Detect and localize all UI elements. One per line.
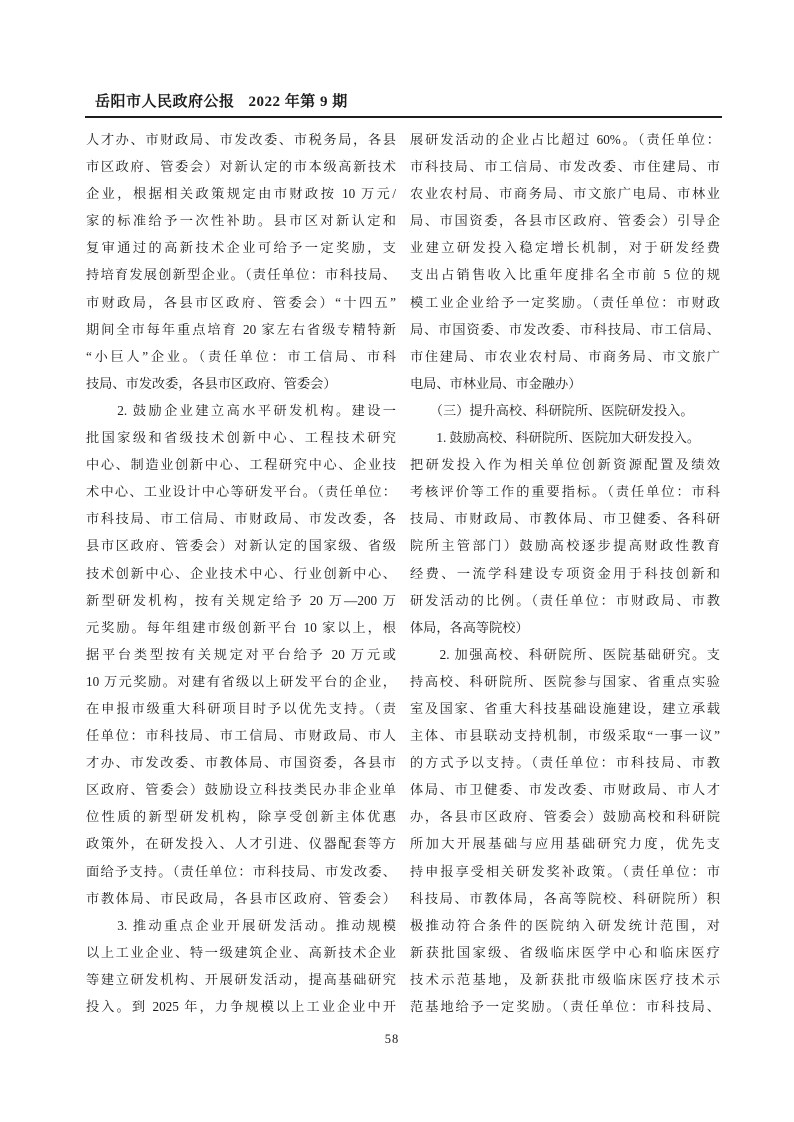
text-line: （三）提升高校、科研院所、医院研发投入。 <box>410 397 720 424</box>
text-line: 经费、一流学科建设专项资金用于科技创新和 <box>410 560 720 587</box>
text-line: 县市区政府、管委会）对新认定的国家级、省级 <box>86 532 396 559</box>
page-footer: 58 <box>0 1030 784 1048</box>
text-line: 农业农村局、市商务局、市文旅广电局、市林业 <box>410 180 720 207</box>
text-line: 3. 推动重点企业开展研发活动。推动规模 <box>86 912 396 939</box>
text-line: 在申报市级重大科研项目时予以优先支持。（责 <box>86 695 396 722</box>
text-line: 把研发投入作为相关单位创新资源配置及绩效 <box>410 451 720 478</box>
text-line: 考核评价等工作的重要指标。（责任单位：市科 <box>410 478 720 505</box>
text-line: 市财政局，各县市区政府、管委会）“十四五” <box>86 289 396 316</box>
text-line: 的方式予以支持。（责任单位：市科技局、市教 <box>410 749 720 776</box>
text-line: 极推动符合条件的医院纳入研发统计范围，对 <box>410 912 720 939</box>
text-line: 新型研发机构，按有关规定给予 20 万—200 万 <box>86 587 396 614</box>
gazette-title: 岳阳市人民政府公报 <box>95 94 235 110</box>
text-line: 局、市国资委，各县市区政府、管委会）引导企 <box>410 207 720 234</box>
text-line: 市科技局、市工信局、市发改委、市住建局、市 <box>410 153 720 180</box>
text-line: 技术创新中心、企业技术中心、行业创新中心、 <box>86 560 396 587</box>
text-line: 批国家级和省级技术创新中心、工程技术研究 <box>86 424 396 451</box>
text-line: 体局、市卫健委、市发改委、市财政局、市人才 <box>410 776 720 803</box>
text-line: 2. 鼓励企业建立高水平研发机构。建设一 <box>86 397 396 424</box>
text-line: 所加大开展基础与应用基础研究力度，优先支 <box>410 830 720 857</box>
text-line: 任单位：市科技局、市工信局、市财政局、市人 <box>86 722 396 749</box>
text-line: 市住建局、市农业农村局、市商务局、市文旅广 <box>410 343 720 370</box>
right-column: 展研发活动的企业占比超过 60%。（责任单位：市科技局、市工信局、市发改委、市住… <box>410 126 720 1020</box>
text-line: 据平台类型按有关规定对平台给予 20 万元或 <box>86 641 396 668</box>
text-line: 持高校、科研院所、医院参与国家、省重点实验 <box>410 668 720 695</box>
gazette-header-text: 岳阳市人民政府公报2022 年第 9 期 <box>85 90 722 111</box>
text-line: 展研发活动的企业占比超过 60%。（责任单位： <box>410 126 720 153</box>
text-line: 技术示范基地，及新获批市级临床医疗技术示 <box>410 966 720 993</box>
text-line: 中心、制造业创新中心、工程研究中心、企业技 <box>86 451 396 478</box>
header-rule <box>85 116 722 118</box>
text-line: 市科技局、市工信局、市财政局、市发改委，各 <box>86 505 396 532</box>
text-line: 面给予支持。（责任单位：市科技局、市发改委、 <box>86 858 396 885</box>
text-line: 复审通过的高新技术企业可给予一定奖励，支 <box>86 234 396 261</box>
gazette-issue: 2022 年第 9 期 <box>249 94 348 110</box>
text-line: 技局、市发改委，各县市区政府、管委会） <box>86 370 396 397</box>
page-number: 58 <box>385 1032 400 1046</box>
document-body: 人才办、市财政局、市发改委、市税务局，各县市区政府、管委会）对新认定的市本级高新… <box>86 126 720 1020</box>
text-line: 办，各县市区政府、管委会）鼓励高校和科研院 <box>410 803 720 830</box>
text-line: 市区政府、管委会）对新认定的市本级高新技术 <box>86 153 396 180</box>
text-line: 主体、市县联动支持机制，市级采取“一事一议” <box>410 722 720 749</box>
page-header: 岳阳市人民政府公报2022 年第 9 期 <box>85 90 722 118</box>
text-line: 范基地给予一定奖励。（责任单位：市科技局、 <box>410 993 720 1020</box>
text-line: 元奖励。每年组建市级创新平台 10 家以上，根 <box>86 614 396 641</box>
text-line: 投入。到 2025 年，力争规模以上工业企业中开 <box>86 993 396 1020</box>
text-line: 研发活动的比例。（责任单位：市财政局、市教 <box>410 587 720 614</box>
text-line: 期间全市每年重点培育 20 家左右省级专精特新 <box>86 316 396 343</box>
text-line: 支出占销售收入比重年度排名全市前 5 位的规 <box>410 261 720 288</box>
text-line: 技局、市财政局、市教体局、市卫健委、各科研 <box>410 505 720 532</box>
text-line: 电局、市林业局、市金融办） <box>410 370 720 397</box>
text-line: 企业，根据相关政策规定由市财政按 10 万元/ <box>86 180 396 207</box>
text-line: 新获批国家级、省级临床医学中心和临床医疗 <box>410 939 720 966</box>
text-line: 2. 加强高校、科研院所、医院基础研究。支 <box>410 641 720 668</box>
text-line: 模工业企业给予一定奖励。（责任单位：市财政 <box>410 289 720 316</box>
left-column: 人才办、市财政局、市发改委、市税务局，各县市区政府、管委会）对新认定的市本级高新… <box>86 126 396 1020</box>
text-line: 业建立研发投入稳定增长机制，对于研发经费 <box>410 234 720 261</box>
text-line: 10 万元奖励。对建有省级以上研发平台的企业， <box>86 668 396 695</box>
text-line: 才办、市发改委、市教体局、市国资委，各县市 <box>86 749 396 776</box>
text-line: 位性质的新型研发机构，除享受创新主体优惠 <box>86 803 396 830</box>
text-line: “小巨人”企业。（责任单位：市工信局、市科 <box>86 343 396 370</box>
text-line: 区政府、管委会）鼓励设立科技类民办非企业单 <box>86 776 396 803</box>
document-page: 岳阳市人民政府公报2022 年第 9 期 人才办、市财政局、市发改委、市税务局，… <box>0 0 794 1122</box>
text-line: 政策外，在研发投入、人才引进、仪器配套等方 <box>86 830 396 857</box>
text-line: 术中心、工业设计中心等研发平台。（责任单位： <box>86 478 396 505</box>
text-line: 1. 鼓励高校、科研院所、医院加大研发投入。 <box>410 424 720 451</box>
text-line: 室及国家、省重大科技基础设施建设，建立承载 <box>410 695 720 722</box>
text-line: 持培育发展创新型企业。（责任单位：市科技局、 <box>86 261 396 288</box>
text-line: 体局，各高等院校） <box>410 614 720 641</box>
text-line: 市教体局、市民政局，各县市区政府、管委会） <box>86 885 396 912</box>
text-line: 局、市国资委、市发改委、市科技局、市工信局、 <box>410 316 720 343</box>
text-line: 以上工业企业、特一级建筑企业、高新技术企业 <box>86 939 396 966</box>
text-line: 科技局、市教体局，各高等院校、科研院所）积 <box>410 885 720 912</box>
text-line: 院所主管部门）鼓励高校逐步提高财政性教育 <box>410 532 720 559</box>
text-line: 持申报享受相关研发奖补政策。（责任单位：市 <box>410 858 720 885</box>
text-line: 人才办、市财政局、市发改委、市税务局，各县 <box>86 126 396 153</box>
text-line: 等建立研发机构、开展研发活动，提高基础研究 <box>86 966 396 993</box>
text-line: 家的标准给予一次性补助。县市区对新认定和 <box>86 207 396 234</box>
